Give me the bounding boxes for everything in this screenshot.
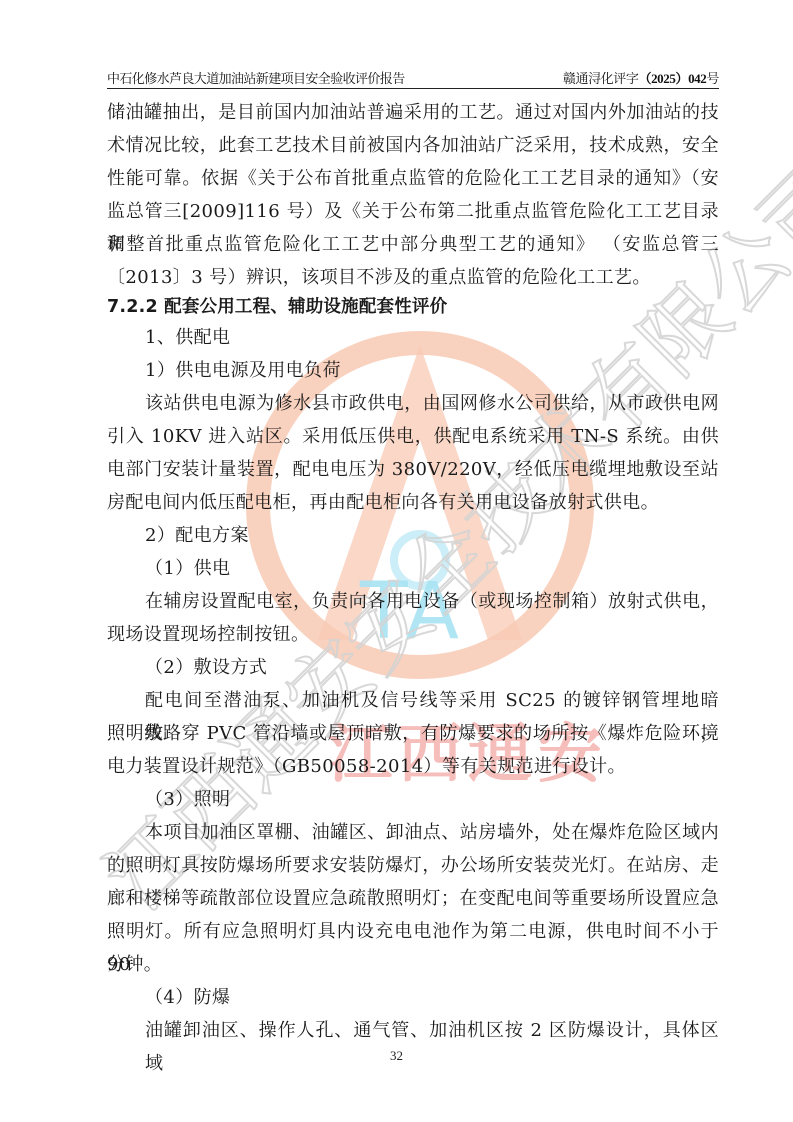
text-line: 本项目加油区罩棚、油罐区、卸油点、站房墙外，处在爆炸危险区域内 — [107, 816, 719, 849]
subsection-title: 1）供电电源及用电负荷 — [107, 354, 719, 387]
part-title: （3）照明 — [107, 783, 719, 816]
page-header: 中石化修水芦良大道加油站新建项目安全验收评价报告 赣通浔化评字（2025）042… — [107, 66, 719, 89]
text-line: 廊和楼梯等疏散部位设置应急疏散照明灯；在变配电间等重要场所设置应急 — [107, 882, 719, 915]
text-line: 配电间至潜油泵、加油机及信号线等采用 SC25 的镀锌钢管埋地暗敷， — [107, 684, 719, 717]
text-line: 的照明灯具按防爆场所要求安装防爆灯，办公场所安装荧光灯。在站房、走 — [107, 849, 719, 882]
text-line: 引入 10KV 进入站区。采用低压供电，供配电系统采用 TN-S 系统。由供 — [107, 420, 719, 453]
text-line: 储油罐抽出，是目前国内加油站普遍采用的工艺。通过对国内外加油站的技 — [107, 96, 719, 129]
document-number: 赣通浔化评字（2025）042号 — [563, 68, 719, 87]
text-line: 分钟。 — [107, 948, 719, 981]
report-title: 中石化修水芦良大道加油站新建项目安全验收评价报告 — [107, 68, 405, 87]
paragraph-lighting: 本项目加油区罩棚、油罐区、卸油点、站房墙外，处在爆炸危险区域内 的照明灯具按防爆… — [107, 816, 719, 981]
text-line: 电部门安装计量装置，配电电压为 380V/220V，经低压电缆埋地敷设至站 — [107, 453, 719, 486]
section-heading: 7.2.2 配套公用工程、辅助设施配套性评价 — [107, 294, 719, 321]
item-title: 1、供配电 — [107, 321, 719, 354]
text-line: 性能可靠。依据《关于公布首批重点监管的危险化工工艺目录的通知》（安 — [107, 162, 719, 195]
text-line: 该站供电电源为修水县市政供电，由国网修水公司供给，从市政供电网 — [107, 387, 719, 420]
text-line: 照明灯。所有应急照明灯具内设充电电池作为第二电源，供电时间不小于 90 — [107, 915, 719, 948]
page-number: 32 — [0, 1048, 793, 1064]
text-line: 油罐卸油区、操作人孔、通气管、加油机区按 2 区防爆设计，具体区域 — [107, 1014, 719, 1047]
part-title: （1）供电 — [107, 552, 719, 585]
doc-number-suffix: 号 — [706, 72, 719, 87]
text-line: 在辅房设置配电室，负责向各用电设备（或现场控制箱）放射式供电， — [107, 585, 719, 618]
document-page: TA 江西通安 江西通安安全技术有限公司 中石化修水芦良大道加油站新建项目安全验… — [0, 0, 793, 1122]
paragraph-power-supply: 该站供电电源为修水县市政供电，由国网修水公司供给，从市政供电网 引入 10KV … — [107, 387, 719, 519]
page-body: 储油罐抽出，是目前国内加油站普遍采用的工艺。通过对国内外加油站的技 术情况比较，… — [107, 96, 719, 1047]
text-line: 现场设置现场控制按钮。 — [107, 618, 719, 651]
text-line: 电力装置设计规范》（GB50058-2014）等有关规范进行设计。 — [107, 750, 719, 783]
doc-number-prefix: 赣通浔化评字 — [563, 72, 639, 87]
part-title: （4）防爆 — [107, 981, 719, 1014]
text-line: 房配电间内低压配电柜，再由配电柜向各有关用电设备放射式供电。 — [107, 486, 719, 519]
text-line: 调整首批重点监管危险化工工艺中部分典型工艺的通知》 （安监总管三 — [107, 228, 719, 261]
paragraph-explosion-proof: 油罐卸油区、操作人孔、通气管、加油机区按 2 区防爆设计，具体区域 — [107, 1014, 719, 1047]
subsection-title: 2）配电方案 — [107, 519, 719, 552]
doc-number-year: （2025）042 — [638, 71, 706, 86]
text-line: 照明线路穿 PVC 管沿墙或屋顶暗敷，有防爆要求的场所按《爆炸危险环境 — [107, 717, 719, 750]
paragraph-process-assessment: 储油罐抽出，是目前国内加油站普遍采用的工艺。通过对国内外加油站的技 术情况比较，… — [107, 96, 719, 294]
paragraph-distribution: 在辅房设置配电室，负责向各用电设备（或现场控制箱）放射式供电， 现场设置现场控制… — [107, 585, 719, 651]
paragraph-wiring: 配电间至潜油泵、加油机及信号线等采用 SC25 的镀锌钢管埋地暗敷， 照明线路穿… — [107, 684, 719, 783]
part-title: （2）敷设方式 — [107, 651, 719, 684]
text-line: 监总管三[2009]116 号）及《关于公布第二批重点监管危险化工工艺目录和 — [107, 195, 719, 228]
text-line: 〔2013〕3 号）辨识，该项目不涉及的重点监管的危险化工工艺。 — [107, 261, 719, 294]
text-line: 术情况比较，此套工艺技术目前被国内各加油站广泛采用，技术成熟，安全 — [107, 129, 719, 162]
